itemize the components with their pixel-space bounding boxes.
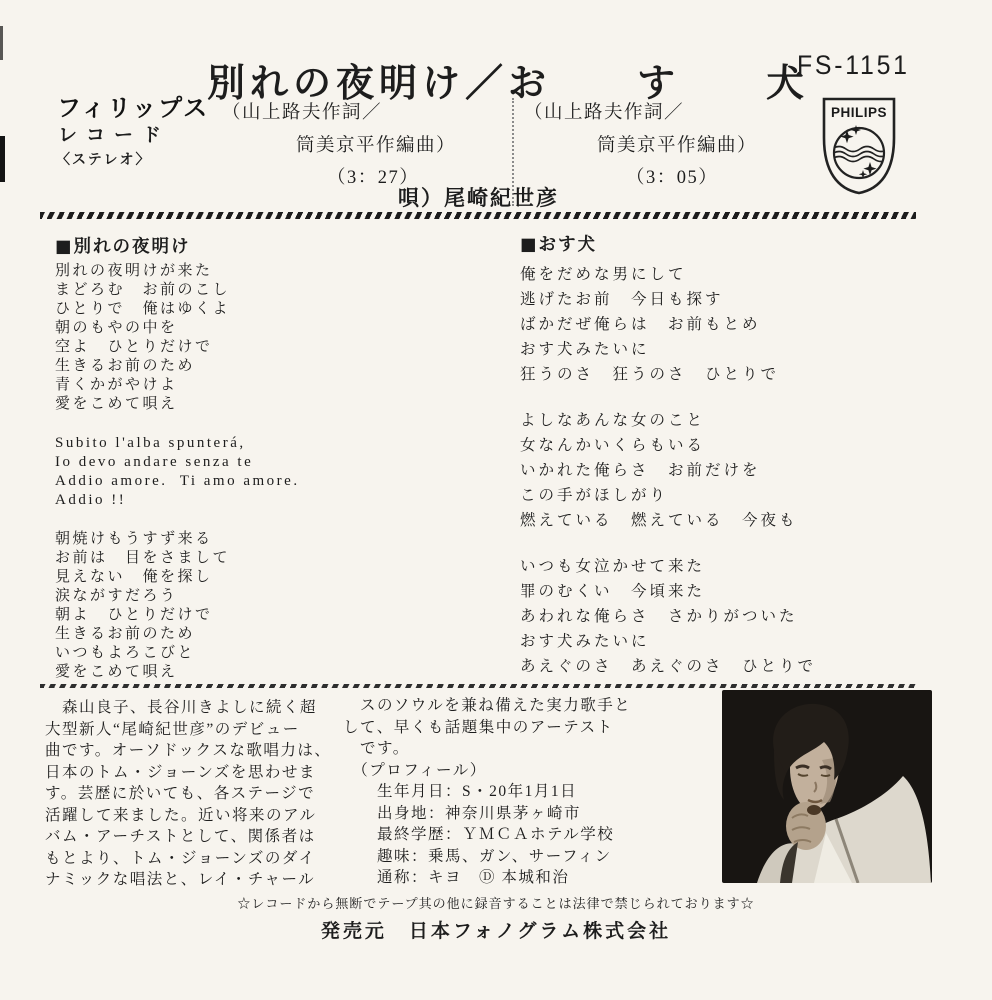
brand-stereo-label: 〈ステレオ〉 [56, 149, 151, 169]
lyric-line: 青くかがやけよ [55, 376, 385, 395]
text-line: （プロフィール） [343, 760, 693, 782]
lyric-line: 愛をこめて唄え [55, 663, 385, 682]
lyric-line: Subito l'alba spunterá, [55, 434, 385, 453]
side-a-composer: 筒美京平作編曲） [296, 131, 456, 157]
lyric-line: よしなあんな女のこと [520, 408, 920, 433]
text-line: 大型新人“尾崎紀世彦”のデビュー [45, 719, 345, 741]
lyric-line: この手がほしがり [520, 483, 920, 508]
side-b-composer: 筒美京平作編曲） [597, 131, 757, 157]
song-a-heading: ■別れの夜明け [55, 233, 385, 258]
vocal-credit: 唄）尾崎紀世彦 [398, 182, 559, 212]
lyric-line: 燃えている 燃えている 今夜も [520, 508, 920, 533]
lyric-line: 空よ ひとりだけで [55, 338, 385, 357]
text-line: 日本のトム・ジョーンズを思わせま [45, 762, 345, 784]
lyric-stanza: よしなあんな女のこと女なんかいくらもいるいかれた俺らさ お前だけをこの手がほしが… [520, 408, 920, 533]
artist-photo [722, 690, 932, 883]
scan-artifact [0, 26, 3, 60]
text-line: 生年月日：S・20年1月1日 [343, 781, 693, 803]
lyric-line: Addio amore. Ti amo amore. [55, 472, 385, 491]
lyric-line: 涙ながすだろう [55, 587, 385, 606]
text-line: スのソウルを兼ね備えた実力歌手と [343, 695, 693, 717]
lyric-line: いつもよろこびと [55, 644, 385, 663]
lyric-stanza: 朝焼けもうすず来るお前は 目をさまして見えない 俺を探し涙ながすだろう朝よ ひと… [55, 530, 385, 682]
lyric-line: あわれな俺らさ さかりがついた [520, 604, 920, 629]
lyric-line: 朝焼けもうすず来る [55, 530, 385, 549]
text-line: 通称：キヨ Ⓓ 本城和治 [343, 867, 693, 889]
catalog-number: FS-1151 [797, 50, 910, 81]
scan-artifact [0, 136, 5, 182]
text-line: バム・アーチストとして、関係者は [45, 826, 345, 848]
song-b-heading: ■おす犬 [520, 231, 920, 256]
lyric-line: 別れの夜明けが来た [55, 262, 385, 281]
text-line: 森山良子、長谷川きよしに続く超 [45, 697, 345, 719]
lyric-line: 朝よ ひとりだけで [55, 606, 385, 625]
text-line: です。 [343, 738, 693, 760]
text-line: して、早くも話題集中のアーテスト [343, 717, 693, 739]
song-a-stanzas: 別れの夜明けが来たまどろむ お前のこしひとりで 俺はゆくよ朝のもやの中を空よ ひ… [55, 262, 385, 682]
bio-divider [40, 684, 916, 688]
philips-shield-logo: PHILIPS [820, 96, 898, 201]
lyric-stanza: 俺をだめな男にして逃げたお前 今日も探すばかだぜ俺らは お前もとめおす犬みたいに… [520, 262, 920, 387]
song-b-stanzas: 俺をだめな男にして逃げたお前 今日も探すばかだぜ俺らは お前もとめおす犬みたいに… [520, 262, 920, 679]
text-line: 曲です。オーソドックスな歌唱力は、 [45, 740, 345, 762]
lyric-line: 生きるお前のため [55, 357, 385, 376]
text-line: す。芸歴に於いても、各ステージで [45, 783, 345, 805]
brand-record-label: レコード [58, 120, 170, 147]
lyric-line: ひとりで 俺はゆくよ [55, 300, 385, 319]
lyric-line: 女なんかいくらもいる [520, 433, 920, 458]
lyrics-column-side-a: ■別れの夜明け 別れの夜明けが来たまどろむ お前のこしひとりで 俺はゆくよ朝のも… [55, 233, 385, 682]
lyric-line: まどろむ お前のこし [55, 281, 385, 300]
header-divider [40, 212, 916, 219]
lyric-line: 狂うのさ 狂うのさ ひとりで [520, 362, 920, 387]
bio-column-2: スのソウルを兼ね備えた実力歌手として、早くも話題集中のアーテスト です。 （プロ… [343, 695, 693, 889]
lyric-line: いかれた俺らさ お前だけを [520, 458, 920, 483]
lyric-line: 朝のもやの中を [55, 319, 385, 338]
lyric-line: ばかだぜ俺らは お前もとめ [520, 312, 920, 337]
side-b-lyricist: （山上路夫作詞／ [524, 98, 684, 124]
text-line: ナミックな唱法と、レイ・チャール [45, 869, 345, 891]
lyric-line: 逃げたお前 今日も探す [520, 287, 920, 312]
philips-shield-icon: PHILIPS [820, 96, 898, 196]
lyric-line: 愛をこめて唄え [55, 395, 385, 414]
lyric-line: おす犬みたいに [520, 629, 920, 654]
lyric-line: Io devo andare senza te [55, 453, 385, 472]
side-a-lyricist: （山上路夫作詞／ [222, 98, 382, 124]
lyric-line: Addio !! [55, 491, 385, 510]
text-line: 最終学歴：ＹＭＣＡホテル学校 [343, 824, 693, 846]
philips-logo-text: PHILIPS [831, 105, 887, 120]
lyric-stanza: いつも女泣かせて来た罪のむくい 今頃来たあわれな俺らさ さかりがついたおす犬みた… [520, 554, 920, 679]
lyric-stanza: 別れの夜明けが来たまどろむ お前のこしひとりで 俺はゆくよ朝のもやの中を空よ ひ… [55, 262, 385, 414]
lyric-line: おす犬みたいに [520, 337, 920, 362]
lyric-line: 見えない 俺を探し [55, 568, 385, 587]
lyrics-column-side-b: ■おす犬 俺をだめな男にして逃げたお前 今日も探すばかだぜ俺らは お前もとめおす… [520, 231, 920, 679]
text-line: 趣味：乗馬、ガン、サーフィン [343, 846, 693, 868]
brand-philips-jp: フィリップス [57, 88, 209, 123]
lyric-stanza: Subito l'alba spunterá,Io devo andare se… [55, 434, 385, 510]
copyright-notice: ☆レコードから無断でテープ其の他に録音することは法律で禁じられております☆ [0, 893, 992, 912]
lyric-line: 罪のむくい 今頃来た [520, 579, 920, 604]
text-line: もとより、トム・ジョーンズのダイ [45, 848, 345, 870]
bio-column-1: 森山良子、長谷川きよしに続く超大型新人“尾崎紀世彦”のデビュー曲です。オーソドッ… [45, 697, 345, 891]
lyric-line: 生きるお前のため [55, 625, 385, 644]
lyric-line: あえぐのさ あえぐのさ ひとりで [520, 654, 920, 679]
side-b-duration: （3：05） [626, 163, 718, 189]
text-line: 活躍して来ました。近い将来のアル [45, 805, 345, 827]
lyric-line: お前は 目をさまして [55, 549, 385, 568]
lyric-line: いつも女泣かせて来た [520, 554, 920, 579]
publisher-line: 発売元 日本フォノグラム株式会社 [0, 916, 992, 943]
lyric-line: 俺をだめな男にして [520, 262, 920, 287]
record-sleeve-back: フィリップス レコード 〈ステレオ〉 別れの夜明け／お す 犬 FS-1151 … [0, 0, 992, 1000]
text-line: 出身地：神奈川県茅ヶ崎市 [343, 803, 693, 825]
